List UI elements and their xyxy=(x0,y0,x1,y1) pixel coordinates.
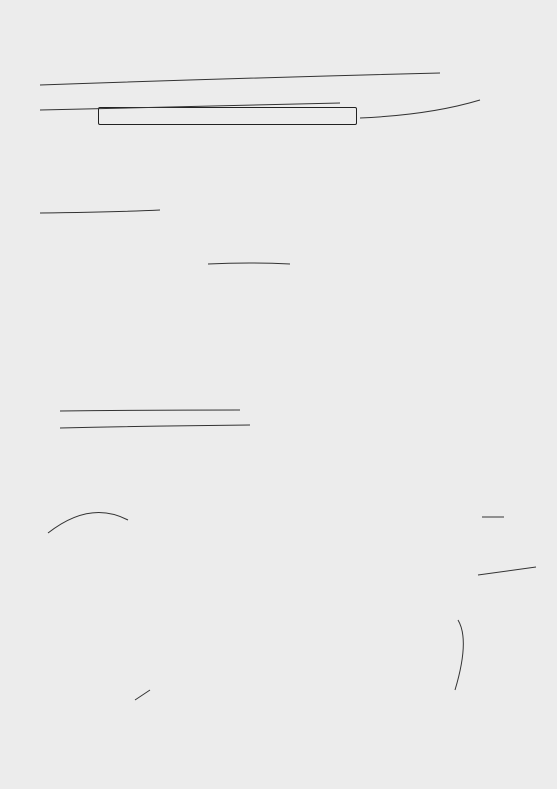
annotation-left-margin xyxy=(0,585,60,640)
manuscript-page xyxy=(0,0,560,789)
circled-phrase-box xyxy=(98,107,357,125)
annotation-missing-element xyxy=(498,112,507,116)
annotation-simultaneity xyxy=(474,236,486,237)
annotation-imaginative-concept xyxy=(486,16,500,17)
